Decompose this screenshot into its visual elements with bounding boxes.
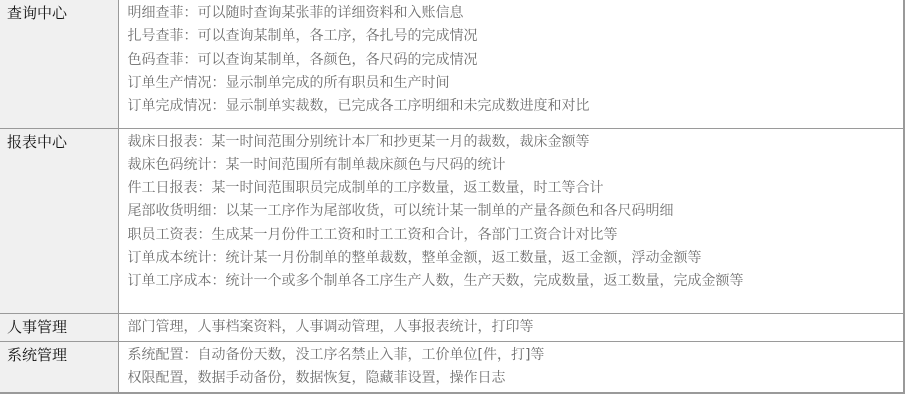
description-line: 订单生产情况：显示制单完成的所有职员和生产时间 — [128, 72, 904, 95]
table-row-hr-management: 人事管理 部门管理，人事档案资料，人事调动管理，人事报表统计，打印等 — [0, 313, 904, 341]
description-line: 订单工序成本：统计一个或多个制单各工序生产人数，生产天数，完成数量，返工数量，完… — [128, 270, 904, 293]
description-line: 尾部收货明细：以某一工序作为尾部收货，可以统计某一制单的产量各颜色和各尺码明细 — [128, 200, 904, 223]
category-label: 系统管理 — [0, 341, 118, 393]
category-label: 人事管理 — [0, 313, 118, 341]
description-line: 裁床色码统计：某一时间范围所有制单裁床颜色与尺码的统计 — [128, 154, 904, 177]
description-cell: 明细查菲：可以随时查询某张菲的详细资料和入账信息 扎号查菲：可以查询某制单，各工… — [118, 0, 904, 128]
description-line: 权限配置，数据手动备份，数据恢复，隐藏菲设置，操作日志 — [128, 367, 904, 390]
description-line: 色码查菲：可以查询某制单，各颜色，各尺码的完成情况 — [128, 49, 904, 72]
category-label: 查询中心 — [0, 0, 118, 128]
description-line: 明细查菲：可以随时查询某张菲的详细资料和入账信息 — [128, 2, 904, 25]
description-line: 系统配置：自动备份天数，没工序名禁止入菲，工价单位[件，打]等 — [128, 344, 904, 367]
description-line: 订单完成情况：显示制单实裁数，已完成各工序明细和未完成数进度和对比 — [128, 95, 904, 118]
table-row-system-management: 系统管理 系统配置：自动备份天数，没工序名禁止入菲，工价单位[件，打]等 权限配… — [0, 341, 904, 393]
description-cell: 部门管理，人事档案资料，人事调动管理，人事报表统计，打印等 — [118, 313, 904, 341]
description-line: 扎号查菲：可以查询某制单，各工序，各扎号的完成情况 — [128, 25, 904, 48]
description-cell: 裁床日报表：某一时间范围分别统计本厂和抄更某一月的裁数，裁床金额等 裁床色码统计… — [118, 128, 904, 313]
description-line: 部门管理，人事档案资料，人事调动管理，人事报表统计，打印等 — [128, 316, 904, 339]
description-line: 订单成本统计：统计某一月份制单的整单裁数，整单金额，返工数量，返工金额，浮动金额… — [128, 247, 904, 270]
category-label: 报表中心 — [0, 128, 118, 313]
description-line: 职员工资表：生成某一月份件工工资和时工工资和合计，各部门工资合计对比等 — [128, 224, 904, 247]
feature-table: 查询中心 明细查菲：可以随时查询某张菲的详细资料和入账信息 扎号查菲：可以查询某… — [0, 0, 905, 394]
description-line: 件工日报表：某一时间范围职员完成制单的工序数量，返工数量，时工等合计 — [128, 177, 904, 200]
description-line: 裁床日报表：某一时间范围分别统计本厂和抄更某一月的裁数，裁床金额等 — [128, 131, 904, 154]
description-cell: 系统配置：自动备份天数，没工序名禁止入菲，工价单位[件，打]等 权限配置，数据手… — [118, 341, 904, 393]
table-row-report-center: 报表中心 裁床日报表：某一时间范围分别统计本厂和抄更某一月的裁数，裁床金额等 裁… — [0, 128, 904, 313]
table-row-query-center: 查询中心 明细查菲：可以随时查询某张菲的详细资料和入账信息 扎号查菲：可以查询某… — [0, 0, 904, 128]
